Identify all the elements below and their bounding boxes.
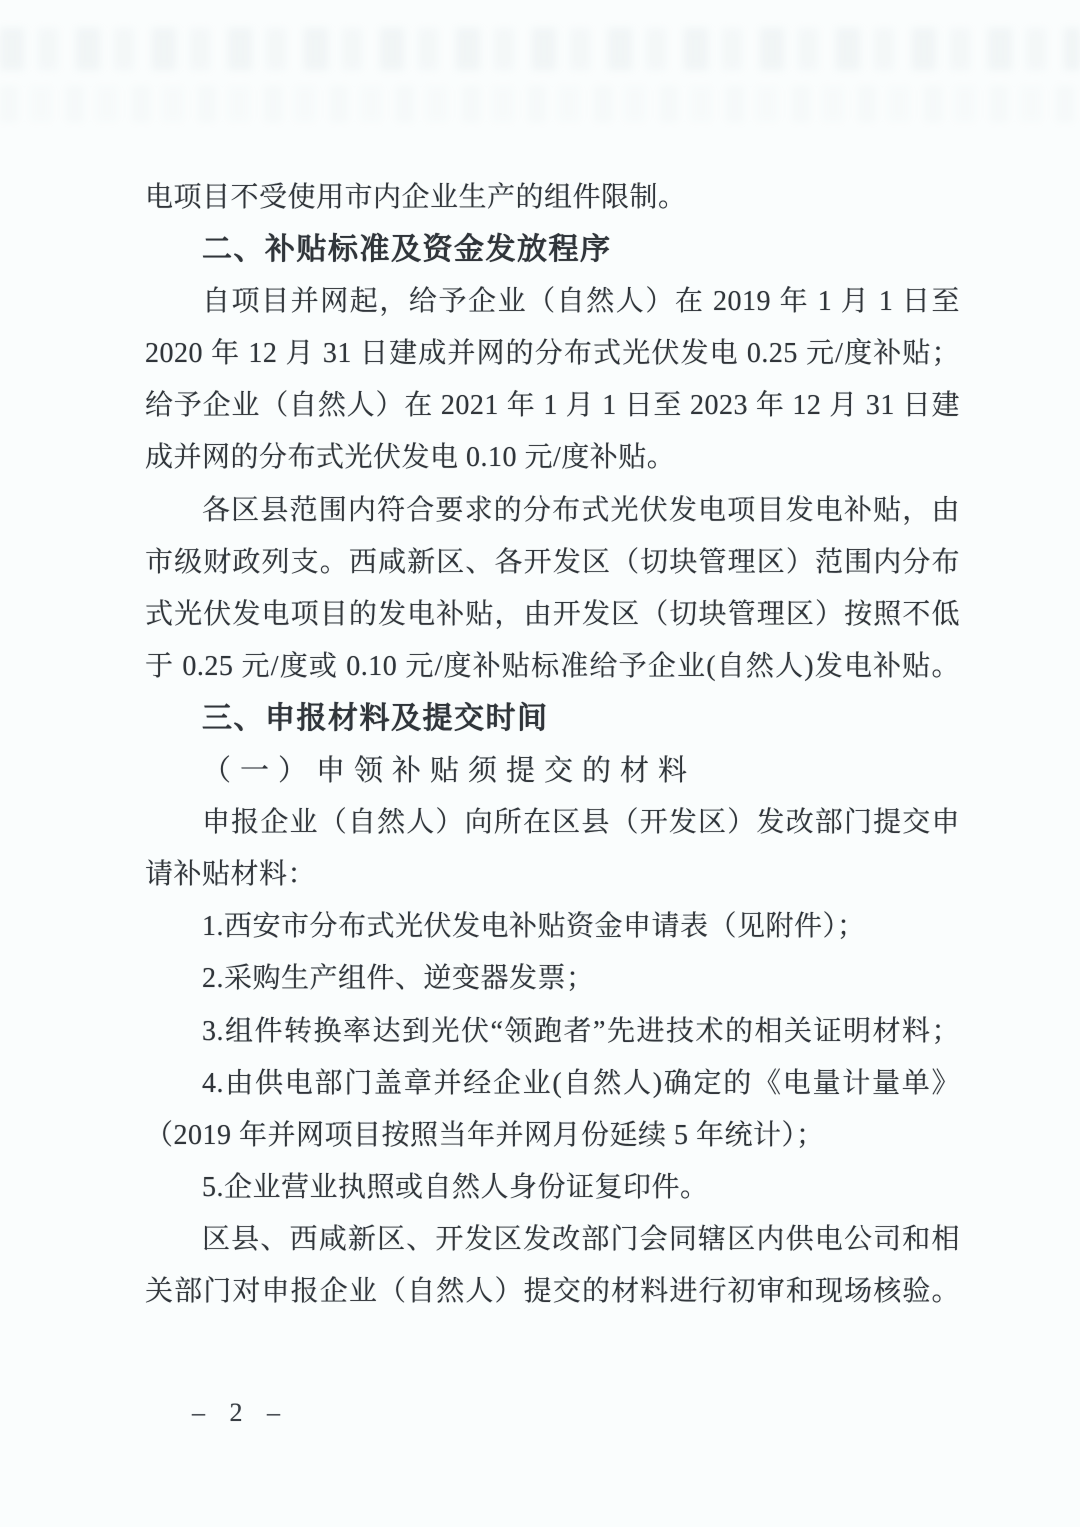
bleed-through-artifact xyxy=(0,28,1080,70)
body-line: 请补贴材料： xyxy=(145,849,960,901)
body-line: 2020 年 12 月 31 日建成并网的分布式光伏发电 0.25 元/度补贴； xyxy=(145,328,960,380)
list-item-2: 2.采购生产组件、逆变器发票； xyxy=(145,953,960,1005)
body-line: 于 0.25 元/度或 0.10 元/度补贴标准给予企业(自然人)发电补贴。 xyxy=(145,641,960,693)
body-line: 成并网的分布式光伏发电 0.10 元/度补贴。 xyxy=(145,432,960,484)
body-line: 电项目不受使用市内企业生产的组件限制。 xyxy=(145,172,960,224)
page-number: – 2 – xyxy=(192,1398,289,1428)
subsection-heading: （一）申领补贴须提交的材料 xyxy=(145,745,960,797)
document-body: 电项目不受使用市内企业生产的组件限制。 二、补贴标准及资金发放程序 自项目并网起… xyxy=(145,172,960,1318)
body-line: 市级财政列支。西咸新区、各开发区（切块管理区）范围内分布 xyxy=(145,537,960,589)
list-item-3: 3.组件转换率达到光伏“领跑者”先进技术的相关证明材料； xyxy=(145,1006,960,1058)
bleed-through-artifact xyxy=(0,86,1080,122)
section-heading-3: 三、申报材料及提交时间 xyxy=(145,693,960,745)
body-line: 自项目并网起，给予企业（自然人）在 2019 年 1 月 1 日至 xyxy=(145,276,960,328)
body-line: 关部门对申报企业（自然人）提交的材料进行初审和现场核验。 xyxy=(145,1266,960,1318)
body-line: 式光伏发电项目的发电补贴，由开发区（切块管理区）按照不低 xyxy=(145,589,960,641)
body-line: 各区县范围内符合要求的分布式光伏发电项目发电补贴，由 xyxy=(145,485,960,537)
list-item-1: 1.西安市分布式光伏发电补贴资金申请表（见附件）； xyxy=(145,901,960,953)
list-item-4-cont: （2019 年并网项目按照当年并网月份延续 5 年统计）； xyxy=(145,1110,960,1162)
list-item-5: 5.企业营业执照或自然人身份证复印件。 xyxy=(145,1162,960,1214)
list-item-4: 4.由供电部门盖章并经企业(自然人)确定的《电量计量单》 xyxy=(145,1058,960,1110)
section-heading-2: 二、补贴标准及资金发放程序 xyxy=(145,224,960,276)
body-line: 申报企业（自然人）向所在区县（开发区）发改部门提交申 xyxy=(145,797,960,849)
body-line: 区县、西咸新区、开发区发改部门会同辖区内供电公司和相 xyxy=(145,1214,960,1266)
scanned-document-page: 电项目不受使用市内企业生产的组件限制。 二、补贴标准及资金发放程序 自项目并网起… xyxy=(0,0,1080,1527)
body-line: 给予企业（自然人）在 2021 年 1 月 1 日至 2023 年 12 月 3… xyxy=(145,380,960,432)
